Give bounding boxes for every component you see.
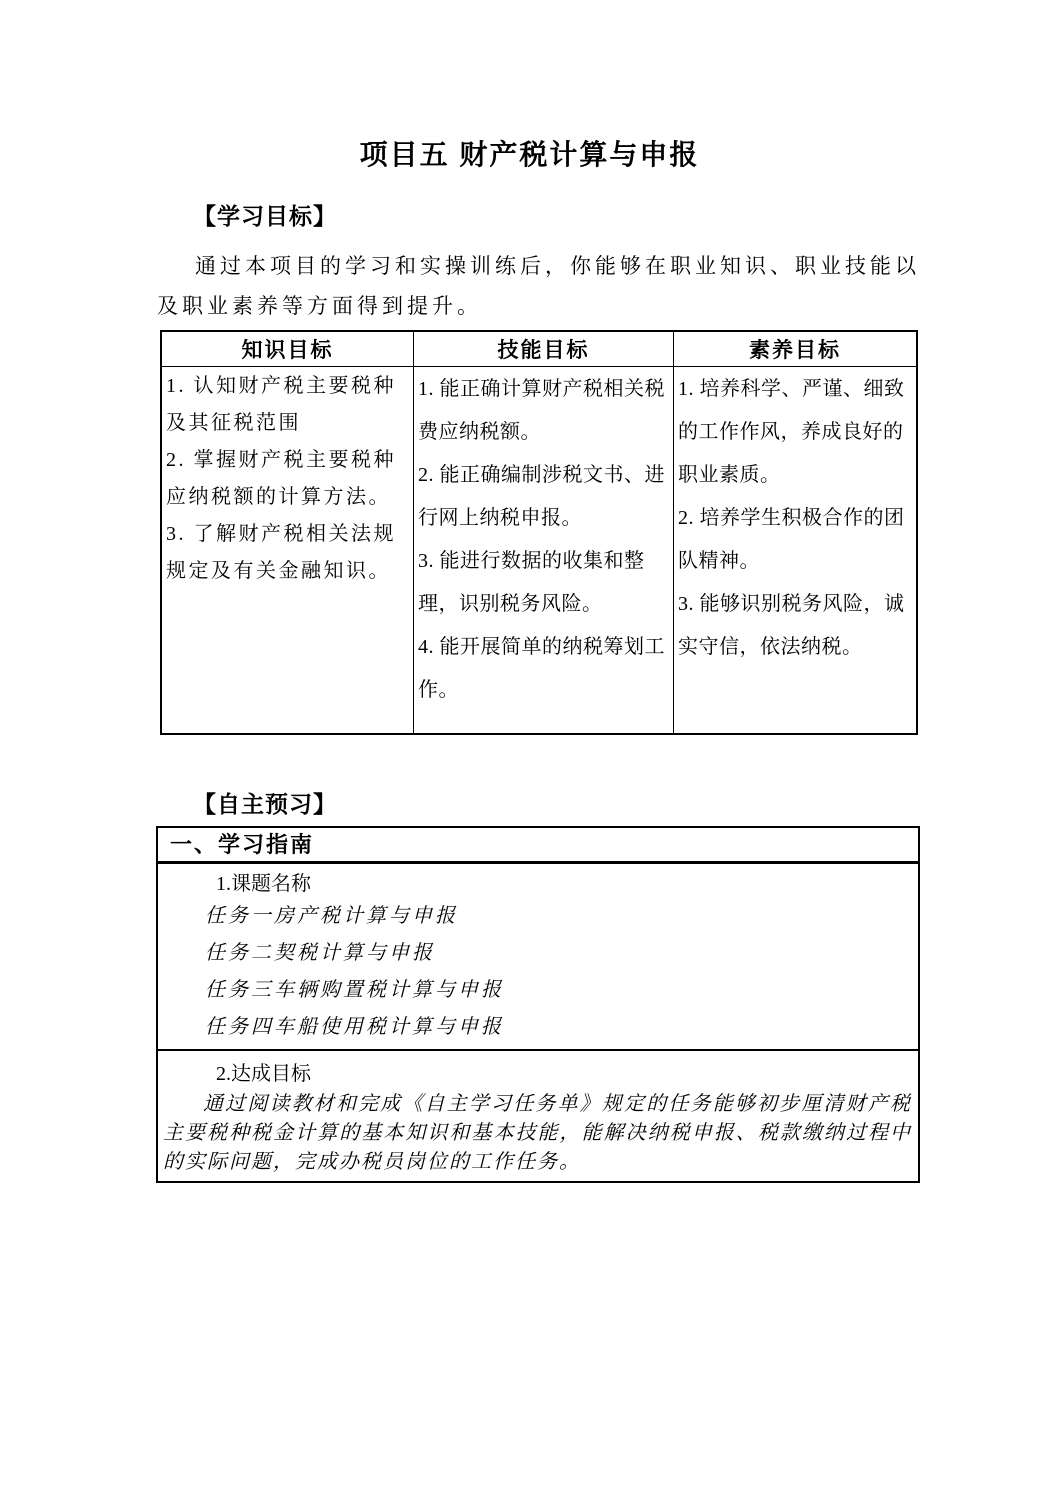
goals-table-header-row: 知识目标 技能目标 素养目标 [161, 331, 917, 367]
goal-text: 通过阅读教材和完成《自主学习任务单》规定的任务能够初步厘清财产税主要税种税金计算… [163, 1090, 912, 1177]
goals-header-knowledge: 知识目标 [161, 331, 414, 367]
goals-table-body-row: 1. 认知财产税主要税种及其征税范围 2. 掌握财产税主要税种应纳税额的计算方法… [161, 367, 917, 735]
quality-goal-item: 3. 能够识别税务风险，诚实守信，依法纳税。 [678, 583, 912, 669]
guide-topics-row: 1.课题名称 任务一房产税计算与申报 任务二契税计算与申报 任务三车辆购置税计算… [158, 870, 918, 1051]
knowledge-goal-item: 1. 认知财产税主要税种及其征税范围 [166, 368, 409, 442]
task-item: 任务三车辆购置税计算与申报 [205, 972, 918, 1009]
knowledge-goal-item: 3. 了解财产税相关法规规定及有关金融知识。 [166, 516, 409, 590]
guide-goal-row: 2.达成目标 通过阅读教材和完成《自主学习任务单》规定的任务能够初步厘清财产税主… [158, 1060, 918, 1181]
skill-goals-cell: 1. 能正确计算财产税相关税费应纳税额。 2. 能正确编制涉税文书、进行网上纳税… [414, 367, 674, 735]
study-guide-table: 一、学习指南 1.课题名称 任务一房产税计算与申报 任务二契税计算与申报 任务三… [156, 826, 920, 1183]
document-page: { "page": { "title": "项目五 财产税计算与申报" }, "… [0, 0, 1059, 1497]
task-item: 任务一房产税计算与申报 [205, 898, 918, 935]
knowledge-goals-cell: 1. 认知财产税主要税种及其征税范围 2. 掌握财产税主要税种应纳税额的计算方法… [161, 367, 414, 735]
self-preview-heading: 【自主预习】 [193, 786, 337, 819]
task-item: 任务二契税计算与申报 [205, 935, 918, 972]
task-item: 任务四车船使用税计算与申报 [205, 1009, 918, 1046]
quality-goal-item: 2. 培养学生积极合作的团队精神。 [678, 497, 912, 583]
skill-goal-item: 1. 能正确计算财产税相关税费应纳税额。 [418, 368, 669, 454]
knowledge-goal-item: 2. 掌握财产税主要税种应纳税额的计算方法。 [166, 442, 409, 516]
skill-goal-item: 4. 能开展简单的纳税筹划工作。 [418, 626, 669, 712]
goals-header-skill: 技能目标 [414, 331, 674, 367]
learning-goals-intro: 通过本项目的学习和实操训练后，你能够在职业知识、职业技能以及职业素养等方面得到提… [157, 246, 921, 326]
learning-goals-heading: 【学习目标】 [193, 198, 337, 231]
quality-goal-item: 1. 培养科学、严谨、细致的工作作风，养成良好的职业素质。 [678, 368, 912, 497]
quality-goals-cell: 1. 培养科学、严谨、细致的工作作风，养成良好的职业素质。 2. 培养学生积极合… [674, 367, 918, 735]
goal-label: 2.达成目标 [216, 1060, 918, 1088]
skill-goal-item: 2. 能正确编制涉税文书、进行网上纳税申报。 [418, 454, 669, 540]
skill-goal-item: 3. 能进行数据的收集和整理，识别税务风险。 [418, 540, 669, 626]
topic-names-label: 1.课题名称 [216, 870, 918, 898]
guide-table-title: 一、学习指南 [158, 828, 918, 864]
learning-goals-table: 知识目标 技能目标 素养目标 1. 认知财产税主要税种及其征税范围 2. 掌握财… [160, 330, 918, 735]
page-title: 项目五 财产税计算与申报 [0, 133, 1059, 173]
goals-header-quality: 素养目标 [674, 331, 918, 367]
